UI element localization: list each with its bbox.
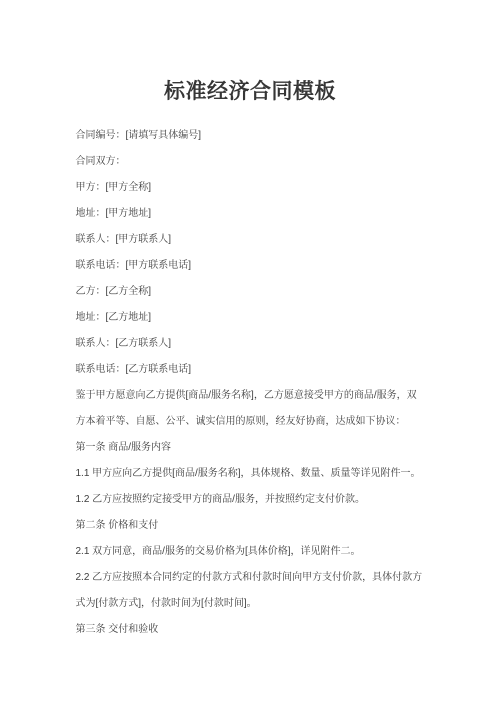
party-a-contact-line: 联系人：[甲方联系人] xyxy=(76,227,425,253)
party-a-phone-line: 联系电话：[甲方联系电话] xyxy=(76,253,425,279)
party-b-phone-line: 联系电话：[乙方联系电话] xyxy=(76,357,425,383)
article-2-heading: 第二条 价格和支付 xyxy=(76,513,425,539)
clause-1-1: 1.1 甲方应向乙方提供[商品/服务名称]，具体规格、数量、质量等详见附件一。 xyxy=(76,461,425,487)
party-b-name-line: 乙方：[乙方全称] xyxy=(76,279,425,305)
contract-number-line: 合同编号：[请填写具体编号] xyxy=(76,123,425,149)
document-title: 标准经济合同模板 xyxy=(76,77,425,107)
party-b-address-line: 地址：[乙方地址] xyxy=(76,305,425,331)
parties-label: 合同双方： xyxy=(76,149,425,175)
document-body: 合同编号：[请填写具体编号] 合同双方： 甲方：[甲方全称] 地址：[甲方地址]… xyxy=(76,123,425,643)
clause-1-2: 1.2 乙方应按照约定接受甲方的商品/服务，并按照约定支付价款。 xyxy=(76,487,425,513)
party-a-address-line: 地址：[甲方地址] xyxy=(76,201,425,227)
article-3-heading: 第三条 交付和验收 xyxy=(76,617,425,643)
party-a-name-line: 甲方：[甲方全称] xyxy=(76,175,425,201)
article-1-heading: 第一条 商品/服务内容 xyxy=(76,435,425,461)
contract-document-page: 标准经济合同模板 合同编号：[请填写具体编号] 合同双方： 甲方：[甲方全称] … xyxy=(0,0,500,707)
clause-2-1: 2.1 双方同意，商品/服务的交易价格为[具体价格]，详见附件二。 xyxy=(76,539,425,565)
preamble-paragraph: 鉴于甲方愿意向乙方提供[商品/服务名称]，乙方愿意接受甲方的商品/服务，双方本着… xyxy=(76,383,425,435)
party-b-contact-line: 联系人：[乙方联系人] xyxy=(76,331,425,357)
clause-2-2: 2.2 乙方应按照本合同约定的付款方式和付款时间向甲方支付价款，具体付款方式为[… xyxy=(76,565,425,617)
